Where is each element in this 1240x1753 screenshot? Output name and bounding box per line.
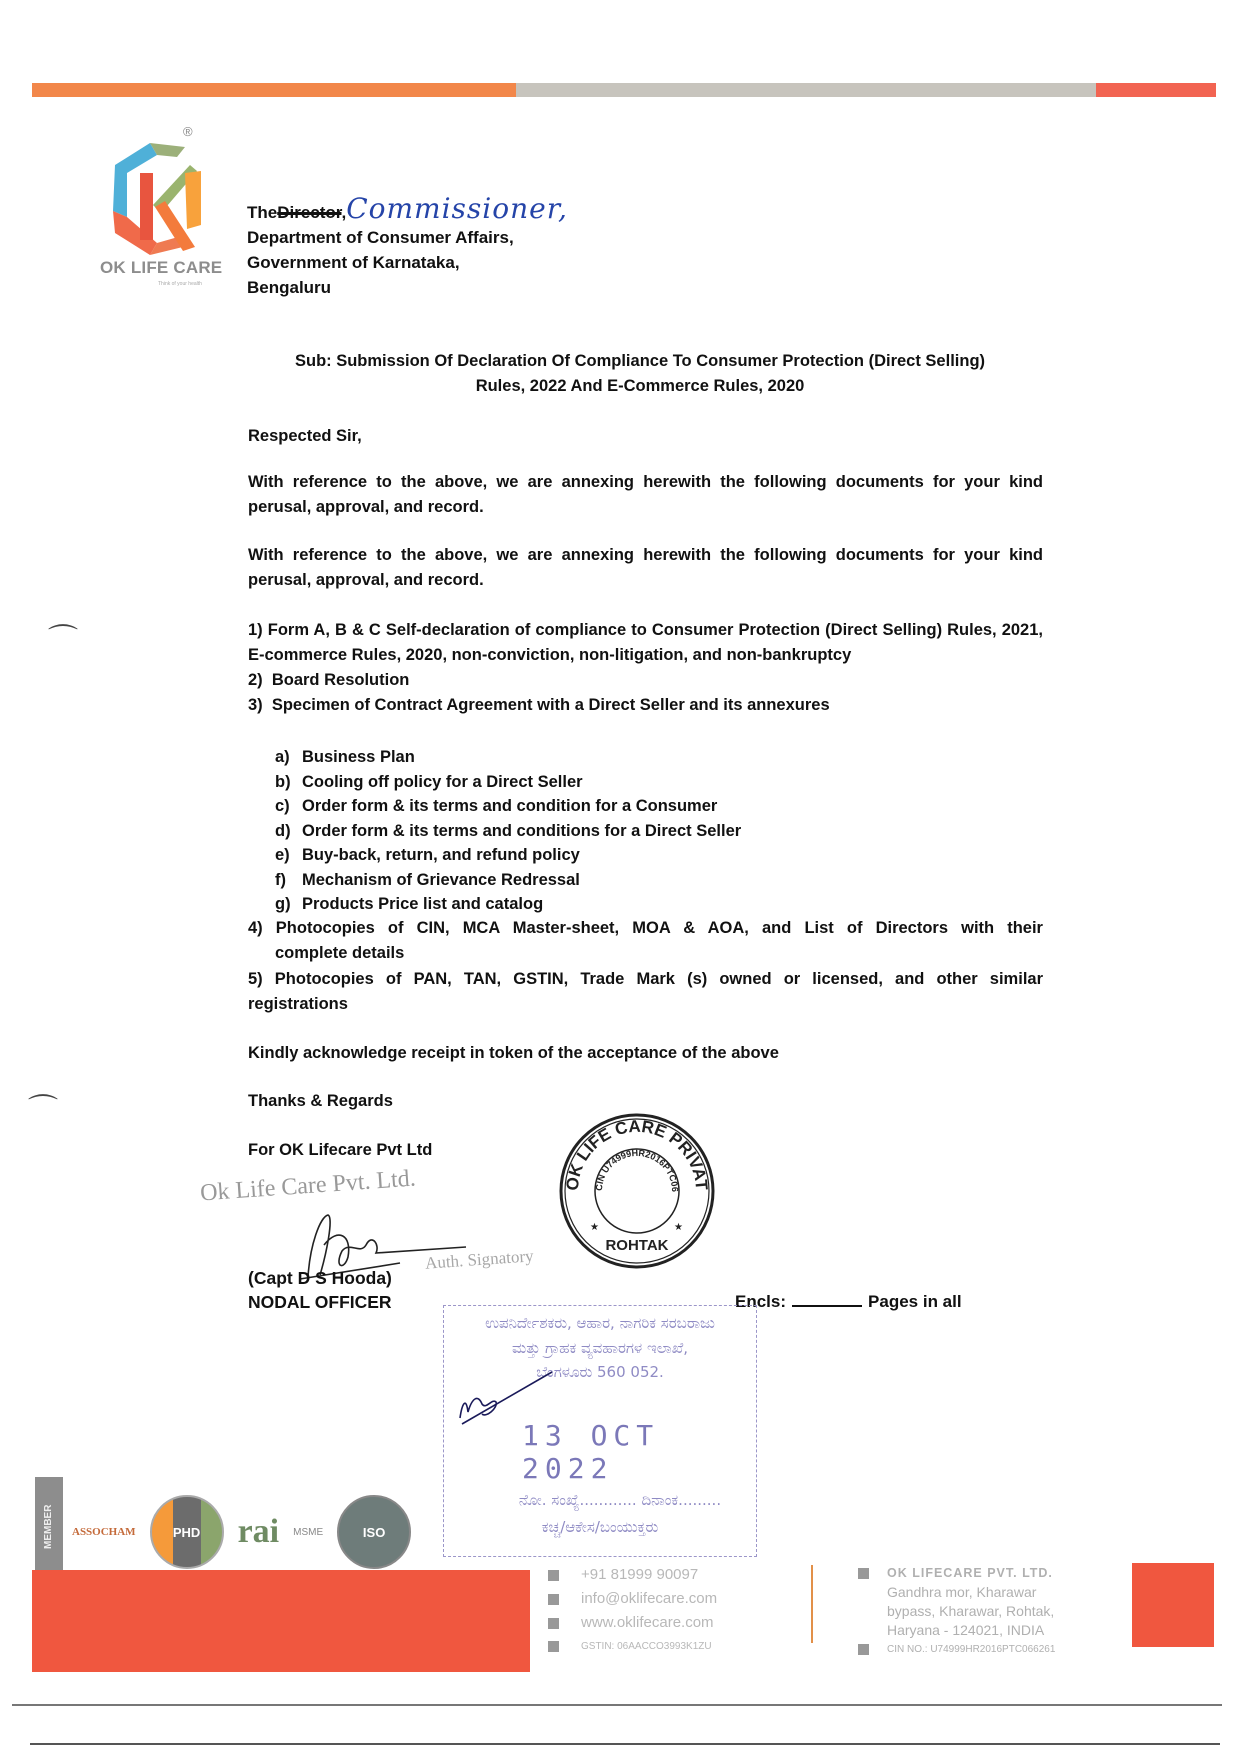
building-icon (858, 1568, 869, 1579)
addressee-block: TheDirector,Commissioner, Department of … (247, 196, 568, 300)
assocham-badge: ASSOCHAM (72, 1526, 136, 1538)
footer-contacts: +91 81999 90097 info@oklifecare.com www.… (548, 1563, 717, 1659)
email-icon (548, 1594, 559, 1605)
struck-title: Director (277, 203, 341, 222)
rai-badge: rai (238, 1513, 280, 1551)
phone-icon (548, 1570, 559, 1581)
company-name-stamp: Ok Life Care Pvt. Ltd. (199, 1166, 416, 1208)
encls-suffix: Pages in all (868, 1292, 962, 1311)
member-label: MEMBER (35, 1477, 63, 1577)
gstin-icon (548, 1641, 559, 1652)
membership-badges: ASSOCHAM PHD rai MSME ISO (72, 1482, 411, 1582)
annexure-item: e)Buy-back, return, and refund policy (275, 843, 741, 868)
addressee-city: Bengaluru (247, 275, 568, 300)
contact-phone: +91 81999 90097 (548, 1563, 717, 1587)
addressee-department: Department of Consumer Affairs, (247, 225, 568, 250)
address-line: Gandhra mor, Kharawar (858, 1583, 1055, 1602)
scan-edge-line (12, 1704, 1222, 1706)
received-stamp-line-2: ಮತ್ತು ಗ್ರಾಹಕ ವ್ಯವಹಾರಗಳ ಇಲಾಖೆ, (444, 1339, 756, 1357)
received-stamp-line-4: ನೋ. ಸಂಖ್ಯೆ............ ದಿನಾಂಕ......... (444, 1491, 776, 1509)
seal-bottom-text: ROHTAK (605, 1237, 668, 1254)
received-stamp-line-1: ಉಪನಿರ್ದೇಶಕರು, ಆಹಾರ, ನಾಗರಿಕ ಸರಬರಾಜು (444, 1314, 756, 1332)
document-item-5-line1: 5) Photocopies of PAN, TAN, GSTIN, Trade… (248, 967, 1043, 992)
document-item-4-line1: 4) Photocopies of CIN, MCA Master-sheet,… (248, 916, 1043, 941)
addressee-title-line: TheDirector,Commissioner, (247, 196, 568, 225)
letterhead-band-orange (32, 83, 516, 97)
svg-text:.: . (95, 125, 99, 129)
annexure-item: g)Products Price list and catalog (275, 892, 741, 917)
annexure-list: a)Business Plan b)Cooling off policy for… (275, 745, 741, 917)
address-line: bypass, Kharawar, Rohtak, (858, 1602, 1055, 1621)
iso-badge: ISO (337, 1495, 411, 1569)
document-item-1: 1) Form A, B & C Self-declaration of com… (248, 618, 1043, 668)
annexure-item: b)Cooling off policy for a Direct Seller (275, 770, 741, 795)
letterhead-band-gray (516, 83, 1096, 97)
brand-name: OK LIFE CARE (100, 258, 230, 278)
paragraph-2: With reference to the above, we are anne… (248, 543, 1043, 593)
contact-email[interactable]: info@oklifecare.com (548, 1587, 717, 1611)
svg-text:★: ★ (590, 1222, 599, 1233)
handwritten-title: Commissioner, (346, 192, 568, 225)
footer-divider (811, 1565, 813, 1643)
footer-red-square (1132, 1563, 1214, 1647)
document-item-5-line2: registrations (248, 992, 1043, 1017)
punch-mark: ⌒ (48, 615, 78, 659)
contact-website[interactable]: www.oklifecare.com (548, 1611, 717, 1635)
received-stamp: ಉಪನಿರ್ದೇಶಕರು, ಆಹಾರ, ನಾಗರಿಕ ಸರಬರಾಜು ಮತ್ತು… (443, 1305, 757, 1557)
subject: Sub: Submission Of Declaration Of Compli… (240, 349, 1040, 399)
subject-line-2: Rules, 2022 And E-Commerce Rules, 2020 (240, 374, 1040, 399)
paragraph-1: With reference to the above, we are anne… (248, 470, 1043, 520)
subject-line-1: Sub: Submission Of Declaration Of Compli… (240, 349, 1040, 374)
footer-company-address: OK LIFECARE PVT. LTD. Gandhra mor, Khara… (858, 1563, 1055, 1659)
item-number: 3) (248, 696, 263, 714)
item-text: Specimen of Contract Agreement with a Di… (272, 696, 830, 714)
addressee-government: Government of Karnataka, (247, 250, 568, 275)
page-bottom-edge (30, 1743, 1220, 1745)
greeting: Respected Sir, (248, 424, 1043, 449)
svg-text:★: ★ (674, 1222, 683, 1233)
item-text: Form A, B & C Self-declaration of compli… (248, 621, 1043, 664)
registered-mark: ® (183, 124, 193, 139)
annexure-item: c)Order form & its terms and condition f… (275, 794, 741, 819)
encls-blank (792, 1305, 862, 1307)
received-date: 13 OCT 2022 (522, 1419, 756, 1485)
item-number: 1) (248, 621, 263, 639)
company-seal-icon: OK LIFE CARE PRIVATE LIMITED CIN U74999H… (556, 1110, 718, 1272)
annexure-item: a)Business Plan (275, 745, 741, 770)
punch-mark: ⌒ (28, 1085, 58, 1129)
web-icon (548, 1618, 559, 1629)
acknowledge-text: Kindly acknowledge receipt in token of t… (248, 1041, 1043, 1066)
annexure-item: f)Mechanism of Grievance Redressal (275, 868, 741, 893)
cin-icon (858, 1644, 869, 1655)
footer-red-block (32, 1570, 530, 1672)
document-item-3: 3) Specimen of Contract Agreement with a… (248, 693, 1043, 718)
salutation-prefix: The (247, 203, 277, 222)
received-stamp-line-5: ಕಚ್ಚ/ಆಕೇಸ/ಬಂಯುಕ್ತರು (444, 1518, 756, 1536)
document-item-4-line2: complete details (275, 941, 1070, 966)
document-item-2: 2) Board Resolution (248, 668, 1043, 693)
footer-company-name: OK LIFECARE PVT. LTD. (887, 1566, 1053, 1580)
msme-badge: MSME (293, 1527, 323, 1538)
enclosures: Encls:Pages in all (735, 1292, 962, 1312)
annexure-item: d)Order form & its terms and conditions … (275, 819, 741, 844)
letterhead-band-red (1096, 83, 1216, 97)
item-number: 2) (248, 671, 263, 689)
footer-cin: CIN NO.: U74999HR2016PTC066261 (887, 1644, 1055, 1655)
phd-badge: PHD (150, 1495, 224, 1569)
item-text: Board Resolution (272, 671, 410, 689)
address-line: Haryana - 124021, INDIA (858, 1621, 1055, 1640)
contact-gstin: GSTIN: 06AACCO3993K1ZU (548, 1635, 717, 1659)
brand-tagline: Think of your health (158, 281, 202, 287)
